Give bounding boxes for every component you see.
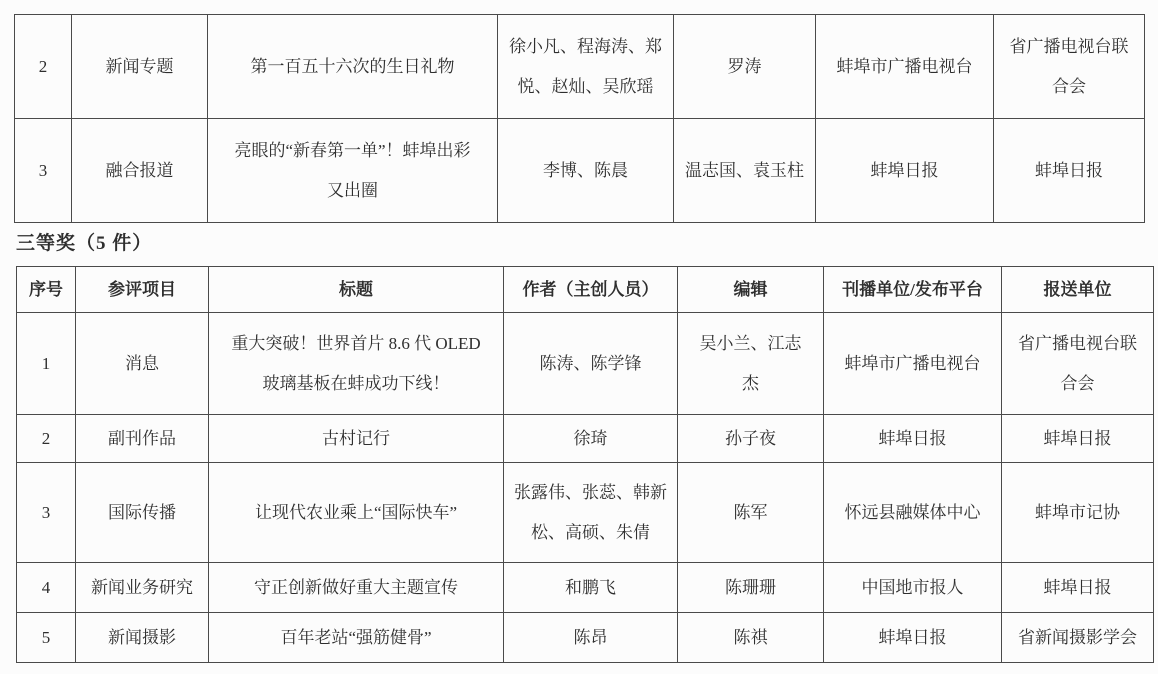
column-header-seq: 序号 [17,267,76,313]
cell-authors: 张露伟、张蕊、韩新 松、高硕、朱倩 [504,463,678,563]
cell-editor: 吴小兰、江志 杰 [678,313,824,415]
cell-publisher: 蚌埠日报 [824,613,1002,663]
cell-submitter: 省新闻摄影学会 [1002,613,1154,663]
cell-publisher: 怀远县融媒体中心 [824,463,1002,563]
section-heading-third-prize: 三等奖（5 件） [16,228,152,255]
cell-authors: 李博、陈晨 [498,119,674,223]
cell-authors: 徐琦 [504,415,678,463]
cell-authors: 和鹏飞 [504,563,678,613]
table-header-row: 序号 参评项目 标题 作者（主创人员） 编辑 刊播单位/发布平台 报送单位 [17,267,1154,313]
cell-title: 守正创新做好重大主题宣传 [209,563,504,613]
cell-submitter: 蚌埠日报 [1002,563,1154,613]
cell-submitter: 蚌埠市记协 [1002,463,1154,563]
cell-title: 重大突破！世界首片 8.6 代 OLED 玻璃基板在蚌成功下线！ [209,313,504,415]
cell-category: 融合报道 [72,119,208,223]
column-header-title: 标题 [209,267,504,313]
cell-category: 副刊作品 [76,415,209,463]
cell-submitter: 蚌埠日报 [994,119,1145,223]
document-page: 2 新闻专题 第一百五十六次的生日礼物 徐小凡、程海涛、郑 悦、赵灿、吴欣瑶 罗… [0,0,1158,674]
cell-submitter: 省广播电视台联 合会 [1002,313,1154,415]
column-header-category: 参评项目 [76,267,209,313]
cell-publisher: 蚌埠市广播电视台 [816,15,994,119]
table-row: 3 融合报道 亮眼的“新春第一单”！蚌埠出彩 又出圈 李博、陈晨 温志国、袁玉柱… [15,119,1145,223]
cell-category: 新闻摄影 [76,613,209,663]
cell-editor: 温志国、袁玉柱 [674,119,816,223]
third-prize-table: 序号 参评项目 标题 作者（主创人员） 编辑 刊播单位/发布平台 报送单位 1 … [16,266,1154,663]
cell-category: 消息 [76,313,209,415]
table-row: 3 国际传播 让现代农业乘上“国际快车” 张露伟、张蕊、韩新 松、高硕、朱倩 陈… [17,463,1154,563]
cell-authors: 陈昂 [504,613,678,663]
table-row: 5 新闻摄影 百年老站“强筋健骨” 陈昂 陈祺 蚌埠日报 省新闻摄影学会 [17,613,1154,663]
cell-title: 古村记行 [209,415,504,463]
cell-seq: 1 [17,313,76,415]
column-header-submitter: 报送单位 [1002,267,1154,313]
cell-publisher: 蚌埠日报 [824,415,1002,463]
cell-seq: 4 [17,563,76,613]
column-header-authors: 作者（主创人员） [504,267,678,313]
cell-seq: 3 [17,463,76,563]
cell-seq: 3 [15,119,72,223]
cell-category: 国际传播 [76,463,209,563]
cell-publisher: 中国地市报人 [824,563,1002,613]
cell-authors: 陈涛、陈学锋 [504,313,678,415]
cell-editor: 陈军 [678,463,824,563]
cell-title: 百年老站“强筋健骨” [209,613,504,663]
cell-seq: 2 [15,15,72,119]
cell-category: 新闻业务研究 [76,563,209,613]
table-row: 2 副刊作品 古村记行 徐琦 孙子夜 蚌埠日报 蚌埠日报 [17,415,1154,463]
cell-title: 让现代农业乘上“国际快车” [209,463,504,563]
cell-publisher: 蚌埠市广播电视台 [824,313,1002,415]
cell-publisher: 蚌埠日报 [816,119,994,223]
table-row: 4 新闻业务研究 守正创新做好重大主题宣传 和鹏飞 陈珊珊 中国地市报人 蚌埠日… [17,563,1154,613]
cell-editor: 陈祺 [678,613,824,663]
cell-title: 亮眼的“新春第一单”！蚌埠出彩 又出圈 [208,119,498,223]
cell-submitter: 蚌埠日报 [1002,415,1154,463]
cell-editor: 陈珊珊 [678,563,824,613]
upper-awards-table: 2 新闻专题 第一百五十六次的生日礼物 徐小凡、程海涛、郑 悦、赵灿、吴欣瑶 罗… [14,14,1145,223]
column-header-publisher: 刊播单位/发布平台 [824,267,1002,313]
cell-submitter: 省广播电视台联 合会 [994,15,1145,119]
column-header-editor: 编辑 [678,267,824,313]
table-row: 1 消息 重大突破！世界首片 8.6 代 OLED 玻璃基板在蚌成功下线！ 陈涛… [17,313,1154,415]
cell-seq: 5 [17,613,76,663]
cell-authors: 徐小凡、程海涛、郑 悦、赵灿、吴欣瑶 [498,15,674,119]
cell-editor: 罗涛 [674,15,816,119]
cell-category: 新闻专题 [72,15,208,119]
cell-editor: 孙子夜 [678,415,824,463]
cell-seq: 2 [17,415,76,463]
cell-title: 第一百五十六次的生日礼物 [208,15,498,119]
table-row: 2 新闻专题 第一百五十六次的生日礼物 徐小凡、程海涛、郑 悦、赵灿、吴欣瑶 罗… [15,15,1145,119]
